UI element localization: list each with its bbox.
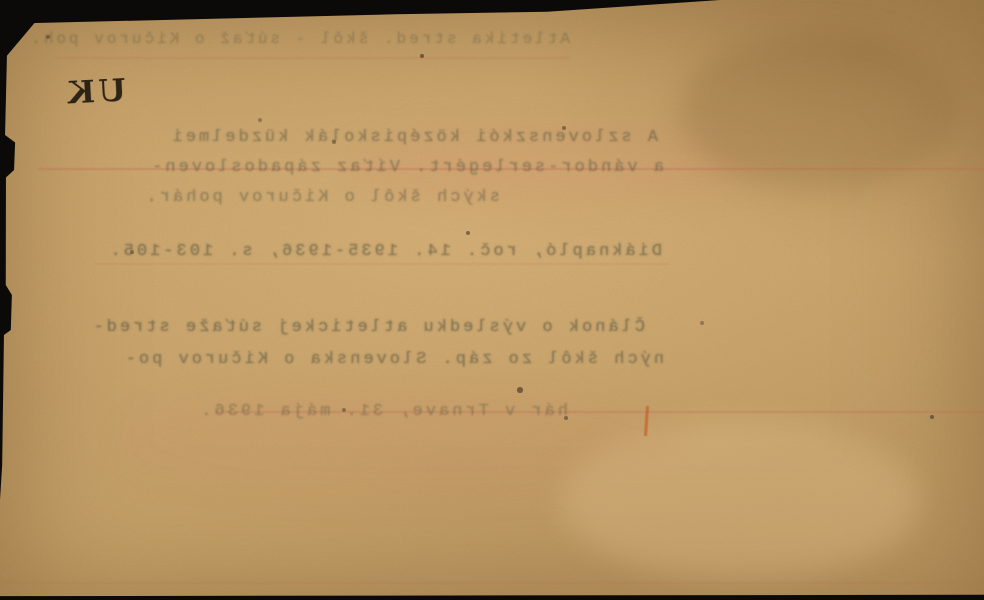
catalog-card-paper bbox=[0, 0, 984, 600]
